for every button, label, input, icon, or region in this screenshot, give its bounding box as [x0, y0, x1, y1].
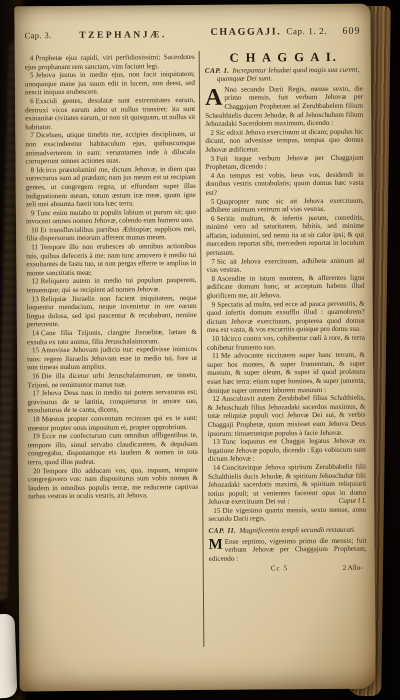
chapter-2-label: CAP. II. — [208, 527, 239, 535]
verse-text: An tempus est vobis, heus vos, desidendi… — [206, 170, 364, 196]
verse-number: 15 — [32, 346, 41, 354]
verse-text: Reliquiæ Jisraelis non facient iniquitat… — [27, 294, 197, 329]
verse-text: Sic ait Jehova exercituum, adhibete anim… — [206, 256, 364, 274]
verse-14: 14Concitavitque Jehova spiritum Zerubbab… — [208, 463, 366, 507]
chapter-1-heading: CAP. I.Increpantur Iehudæi quod magis su… — [205, 65, 363, 83]
verse: 13Tunc loquutus est Chaggai legatus Jeho… — [208, 437, 366, 464]
verse: 7Sic ait Jehova exercituum, adhibete ani… — [206, 256, 364, 274]
verse-text: Prophetæ ejus rapidi, viri perfidiosissi… — [25, 53, 195, 71]
left-book-title: TZEPHANJÆ. — [52, 30, 195, 41]
verse: 16Die illa dicetur urbi Jeruschalaimorum… — [27, 371, 197, 390]
verse-text: Exscidi gentes, desolatæ sunt extremitat… — [25, 96, 195, 131]
verse-text: Tempore illo non erubesces ab omnibus ac… — [26, 242, 196, 277]
verse-text: Ecce me confecturum cum omnibus affligen… — [28, 431, 198, 466]
verse-number: 13 — [213, 438, 222, 446]
verse-number: 14 — [32, 329, 41, 337]
chapter-1-summary: Increpantur Iehudæi quod magis sua curen… — [217, 65, 359, 83]
verse-text: Sic edixit Jehova exercituum ut dicam; p… — [205, 127, 363, 153]
verse-15: 15Die vigesimo quarto mensis, sexto mens… — [208, 506, 366, 524]
book-page: Cap. 3. TZEPHANJÆ. CHAGGAJI. Cap. 1. 2. … — [14, 4, 375, 692]
verse: 18Mœstos propter conventum reciniam qui … — [28, 414, 198, 433]
verse-text: Die vigesimo quarto mensis, sexto mense,… — [208, 506, 366, 524]
verse-number: 12 — [31, 278, 40, 286]
verse-number: 10 — [212, 335, 221, 343]
verse: 12Reliquero autem in medio tui populum p… — [26, 276, 196, 295]
verse-text: Die illa dicetur urbi Jeruschalaimorum, … — [27, 371, 197, 389]
chapter-2-summary: Magnificentia templi secundò restaurati. — [239, 526, 355, 535]
verse: 20Tempore illo adducam vos, qua, inquam,… — [28, 465, 198, 501]
column-divider-rule — [199, 51, 205, 647]
verse-text: Cane filia Tzijonis, clangite Jisraelitæ… — [27, 328, 197, 346]
verse-text: Reliquero autem in medio tui populum pau… — [27, 276, 197, 294]
verse-text: Mœstos propter conventum reciniam qui ex… — [28, 414, 198, 432]
verse: 17Jehova Deus tuus in medio tui potens s… — [27, 388, 197, 415]
verse-number: 14 — [213, 464, 222, 472]
verse-number: 18 — [33, 415, 42, 423]
signature-line: Cc 5 2 Allo- — [209, 564, 367, 574]
verse: 4An tempus est vobis, heus vos, desidend… — [206, 170, 364, 197]
left-text-column: 4Prophetæ ejus rapidi, viri perfidiosiss… — [25, 53, 200, 652]
verse: 3Fuit itaque verbum Jehovæ per Chaggajum… — [205, 153, 363, 171]
verse-text: Tunc enim mutabo in populis labium ut pu… — [26, 208, 196, 226]
verse-text: Jehova justus in medio ejus, non facit i… — [25, 70, 195, 97]
verse: 6Seritis multum, & infertis parum, comed… — [206, 213, 364, 257]
right-chapter-label: Cap. 1. 2. — [286, 26, 327, 36]
verse-1: ANno secundo Darii Regis, mense sexto, d… — [205, 84, 363, 128]
verse-number: 12 — [212, 395, 221, 403]
verse: 12Auscultavit autem Zerubbabel filius Sc… — [207, 394, 365, 438]
verse-text: Ense septimo, vigesimo primo die mensis;… — [209, 536, 367, 562]
catchword: 2 Allo- — [343, 564, 363, 573]
verse-number: 15 — [213, 507, 222, 515]
verses-2-13: 2Sic edixit Jehova exercituum ut dicam; … — [205, 127, 366, 463]
book-photo: Cap. 3. TZEPHANJÆ. CHAGGAJI. Cap. 1. 2. … — [0, 0, 400, 700]
verse-number: 13 — [32, 295, 41, 303]
verse: 4Prophetæ ejus rapidi, viri perfidiosiss… — [25, 53, 195, 72]
verse-text: Seritis multum, & infertis parum, comedi… — [206, 213, 364, 257]
verse-number: 20 — [33, 467, 42, 475]
verse-number: 17 — [32, 389, 41, 397]
verse-number: 11 — [31, 243, 40, 251]
chapter-1-label: CAP. I. — [205, 66, 233, 74]
verse: 19Ecce me confecturum cum omnibus afflig… — [28, 431, 198, 467]
running-header-left: Cap. 3. TZEPHANJÆ. — [25, 29, 195, 41]
verse-text: Amovisse Jehovam judicia tua: expediviss… — [27, 345, 197, 372]
running-header-right: CHAGGAJI. Cap. 1. 2. 609 — [210, 26, 360, 38]
verse: 10Idcirco contra vos, cohibentur cœli à … — [207, 334, 365, 352]
verse-text: Ascendite in istum montem, & afferentes … — [206, 274, 364, 300]
verse: 5Quapropter nunc sic ait Jehova exercitu… — [206, 196, 364, 214]
verse: 11Me advocante siccitatem super hanc ter… — [207, 351, 365, 395]
left-chapter-label: Cap. 3. — [25, 30, 52, 40]
verse-number: 19 — [33, 432, 42, 440]
verse-text: Me advocante siccitatem super hanc terra… — [207, 351, 365, 395]
verse-text: Auscultavit autem Zerubbabel filius Scha… — [207, 394, 365, 438]
verse: 8Idcirco præstolamini me, dictum Jehovæ,… — [26, 165, 196, 209]
chapter-2-verse-1: MEnse septimo, vigesimo primo die mensis… — [208, 536, 366, 563]
book-title-heading: C H A G G A I. — [205, 53, 363, 63]
paper-scrap — [0, 614, 17, 699]
right-book-title: CHAGGAJI. — [210, 26, 281, 38]
verse-text: Nno secundo Darii Regis, mense sexto, di… — [205, 84, 363, 128]
verse: 9Tunc enim mutabo in populis labium ut p… — [26, 208, 196, 227]
verse-text: Idcirco præstolamini me, dictum Jehovæ, … — [26, 165, 196, 209]
running-header: Cap. 3. TZEPHANJÆ. CHAGGAJI. Cap. 1. 2. … — [24, 26, 360, 47]
verse-text: Dicebam, utique timebis me, accipies dis… — [25, 130, 195, 165]
verse-number: 10 — [31, 226, 40, 234]
verse-text: Fuit itaque verbum Jehovæ per Chaggajum … — [206, 153, 364, 171]
verse: 13Reliquiæ Jisraelis non facient iniquit… — [27, 294, 197, 330]
signature-mark: Cc 5 — [271, 565, 288, 574]
verse-text: Tempore illo adducam vos, qua, inquam, t… — [28, 465, 198, 500]
verse-text: Idcirco contra vos, cohibentur cœli à ro… — [207, 334, 365, 352]
chapter-2-heading: CAP. II.Magnificentia templi secundò res… — [208, 526, 366, 536]
verse-text: Tunc loquutus est Chaggai legatus Jehovæ… — [208, 437, 366, 463]
page-number: 609 — [342, 26, 360, 37]
verse: 8Ascendite in istum montem, & afferentes… — [206, 274, 364, 301]
verse: 14Cane filia Tzijonis, clangite Jisraeli… — [27, 328, 197, 347]
verse: 10Et transfluvialibus partibus Æthiopiæ;… — [26, 225, 196, 244]
verse: 7Dicebam, utique timebis me, accipies di… — [25, 130, 195, 166]
verse-number: 16 — [32, 372, 41, 380]
right-text-column: C H A G G A I. CAP. I.Increpantur Iehudæ… — [205, 52, 368, 651]
drop-cap-M: M — [208, 537, 224, 551]
verse-text: Quapropter nunc sic ait Jehova exercituu… — [206, 196, 364, 214]
verse: 11Tempore illo non erubesces ab omnibus … — [26, 242, 196, 278]
verse-text: Spectatis ad multa, sed ecce ad pauca pe… — [207, 299, 365, 334]
drop-cap-A: A — [205, 86, 225, 109]
verse: 5Jehova justus in medio ejus, non facit … — [25, 70, 195, 97]
verse: 9Spectatis ad multa, sed ecce ad pauca p… — [207, 299, 365, 335]
verse: 6Exscidi gentes, desolatæ sunt extremita… — [25, 96, 195, 132]
verse-text: Et transfluvialibus partibus Æthiopiæ; s… — [26, 225, 196, 243]
verse-text: Jehova Deus tuus in medio tui potens ser… — [27, 388, 197, 415]
verse: 15Amovisse Jehovam judicia tua: expedivi… — [27, 345, 197, 372]
caput-2-marker: Caput I I. — [334, 497, 367, 506]
verse-number: 11 — [212, 352, 221, 360]
verse: 2Sic edixit Jehova exercituum ut dicam; … — [205, 127, 363, 154]
